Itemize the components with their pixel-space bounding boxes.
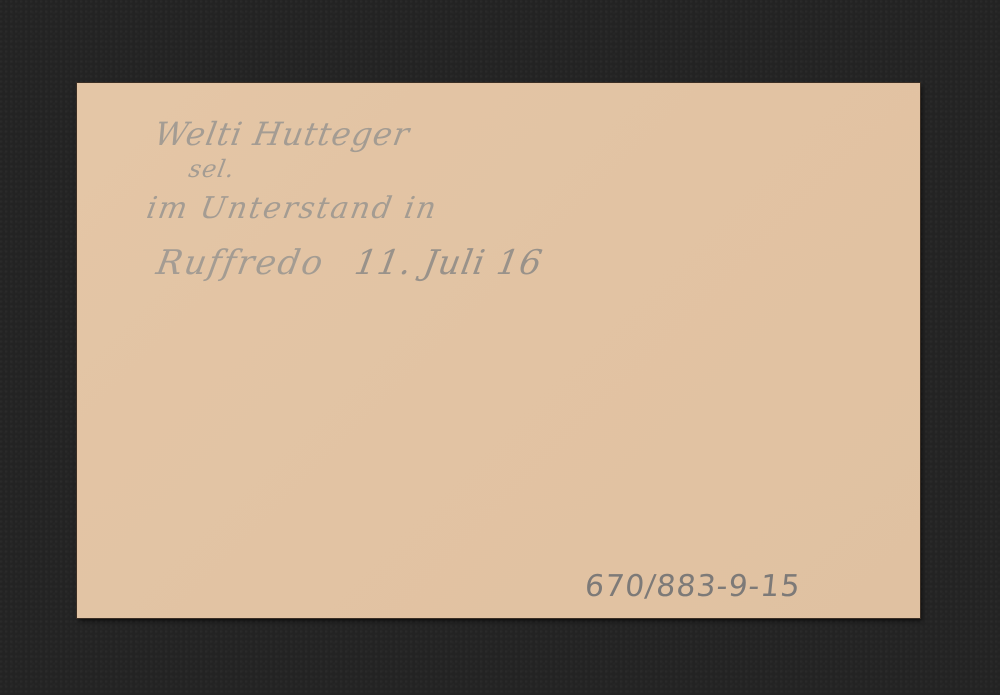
handwritten-abbrev-line: sel. bbox=[187, 155, 238, 183]
catalog-number: 670/883-9-15 bbox=[583, 569, 802, 604]
archival-card: Welti Hutteger sel. im Unterstand in Ruf… bbox=[77, 83, 920, 618]
handwritten-location-line: im Unterstand in bbox=[144, 191, 441, 226]
handwritten-name-line: Welti Hutteger bbox=[152, 115, 413, 153]
handwritten-place-date-line: Ruffredo 11. Juli 16 bbox=[153, 243, 545, 283]
handwritten-date: 11. Juli 16 bbox=[352, 243, 546, 283]
handwritten-place: Ruffredo bbox=[153, 243, 327, 283]
